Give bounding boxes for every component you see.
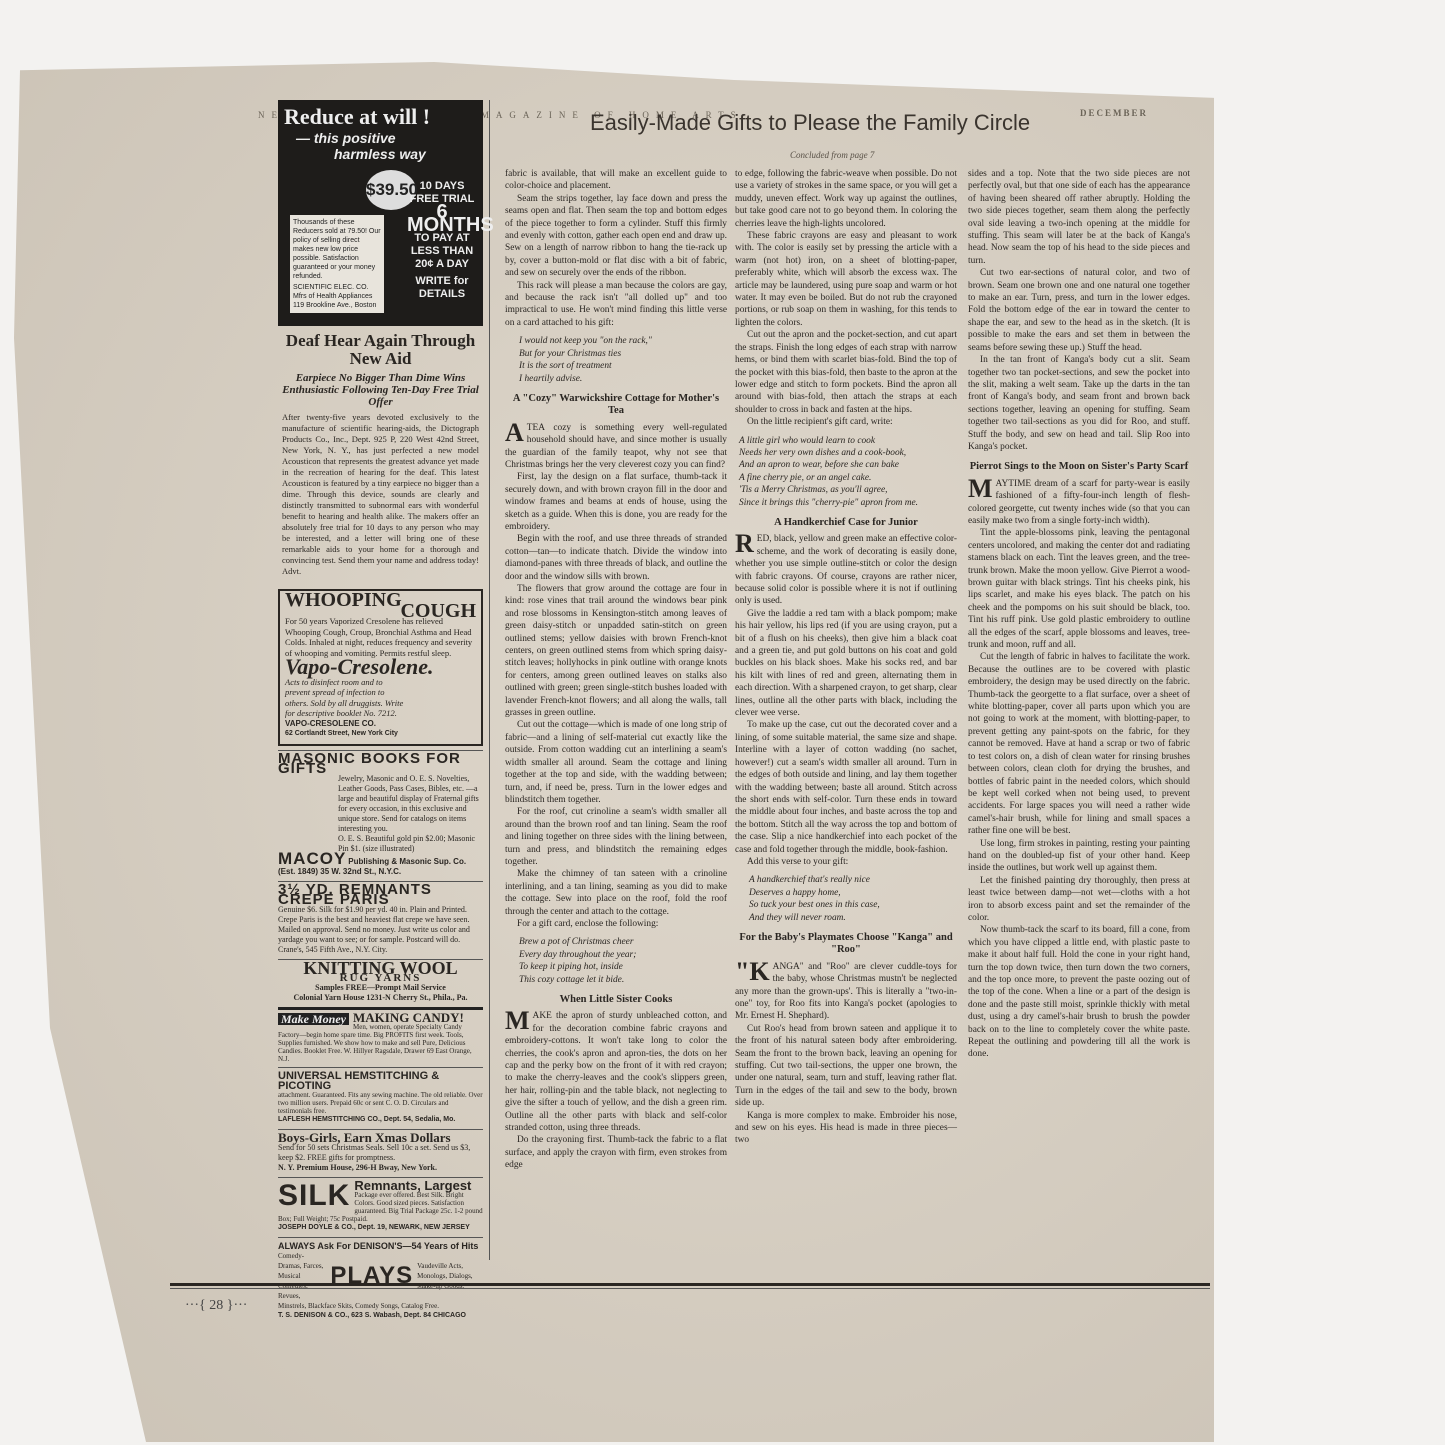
ad-subhead: Earpiece No Bigger Than Dime Wins Enthus… [282, 372, 479, 408]
section-heading: Pierrot Sings to the Moon on Sister's Pa… [968, 461, 1190, 473]
article-column-2: to edge, following the fabric-weave when… [735, 168, 957, 1147]
reducer-ad: Reduce at will ! — this positive harmles… [278, 100, 483, 326]
ad-headline: Reduce at will ! [284, 104, 477, 130]
hemstitching-ad: UNIVERSAL HEMSTITCHING & PICOTING attach… [278, 1067, 483, 1125]
xmas-dollars-ad: Boys-Girls, Earn Xmas Dollars Send for 5… [278, 1129, 483, 1173]
crepe-paris-ad: 3½ YD. REMNANTS CREPE PARIS Genuine $6. … [278, 881, 483, 955]
ad-body: After twenty-five years devoted exclusiv… [282, 412, 479, 577]
continued-note: Concluded from page 7 [790, 150, 874, 160]
whooping-cough-ad: WHOOPING COUGH For 50 years Vaporized Cr… [278, 589, 483, 746]
silk-remnants-ad: SILK Remnants, Largest Package ever offe… [278, 1177, 483, 1233]
gift-verse: I would not keep you "on the rack," But … [519, 335, 727, 385]
article-column-1: fabric is available, that will make an e… [505, 168, 727, 1172]
article-title: Easily-Made Gifts to Please the Family C… [590, 110, 1190, 136]
advertisement-column: Reduce at will ! — this positive harmles… [278, 100, 483, 1321]
article-column-3: sides and a top. Note that the two side … [968, 168, 1190, 1061]
drop-cap: M [505, 1010, 530, 1032]
section-heading: For the Baby's Playmates Choose "Kanga" … [735, 932, 957, 957]
footer-rule [170, 1283, 1210, 1286]
page-number: ···{ 28 }··· [185, 1298, 247, 1314]
ad-textbox: Thousands of these Reducers sold at 79.5… [290, 215, 384, 313]
footer-rule-thin [170, 1288, 1210, 1289]
section-heading: A "Cozy" Warwickshire Cottage for Mother… [505, 393, 727, 418]
section-heading: A Handkerchief Case for Junior [735, 517, 957, 529]
gift-verse: A handkerchief that's really nice Deserv… [749, 874, 957, 924]
column-divider [489, 100, 490, 1260]
gift-verse: A little girl who would learn to cook Ne… [739, 435, 957, 509]
masonic-ad: MASONIC BOOKS FOR GIFTS Jewelry, Masonic… [278, 750, 483, 877]
hearing-aid-ad: Deaf Hear Again Through New Aid Earpiece… [278, 326, 483, 583]
ad-subhead: harmless way [334, 146, 477, 162]
drop-cap: A [505, 422, 524, 444]
drop-cap: "K [735, 961, 770, 983]
knitting-wool-ad: KNITTING WOOL RUG YARNS Samples FREE—Pro… [278, 959, 483, 1003]
drop-cap: R [735, 533, 754, 555]
ad-headline: Deaf Hear Again Through New Aid [282, 332, 479, 368]
plays-ad: ALWAYS Ask For DENISON'S—54 Years of Hit… [278, 1237, 483, 1321]
candy-ad: Make Money MAKING CANDY! Men, women, ope… [278, 1007, 483, 1063]
gift-verse: Brew a pot of Christmas cheer Every day … [519, 936, 727, 986]
ad-offer: 10 DAYS FREE TRIAL 6 MONTHS TO PAY AT LE… [407, 180, 477, 301]
brand-logo: Vapo-Cresolene. [285, 662, 476, 673]
drop-cap: M [968, 478, 993, 500]
section-heading: When Little Sister Cooks [505, 994, 727, 1006]
ad-subhead: — this positive [296, 130, 477, 146]
